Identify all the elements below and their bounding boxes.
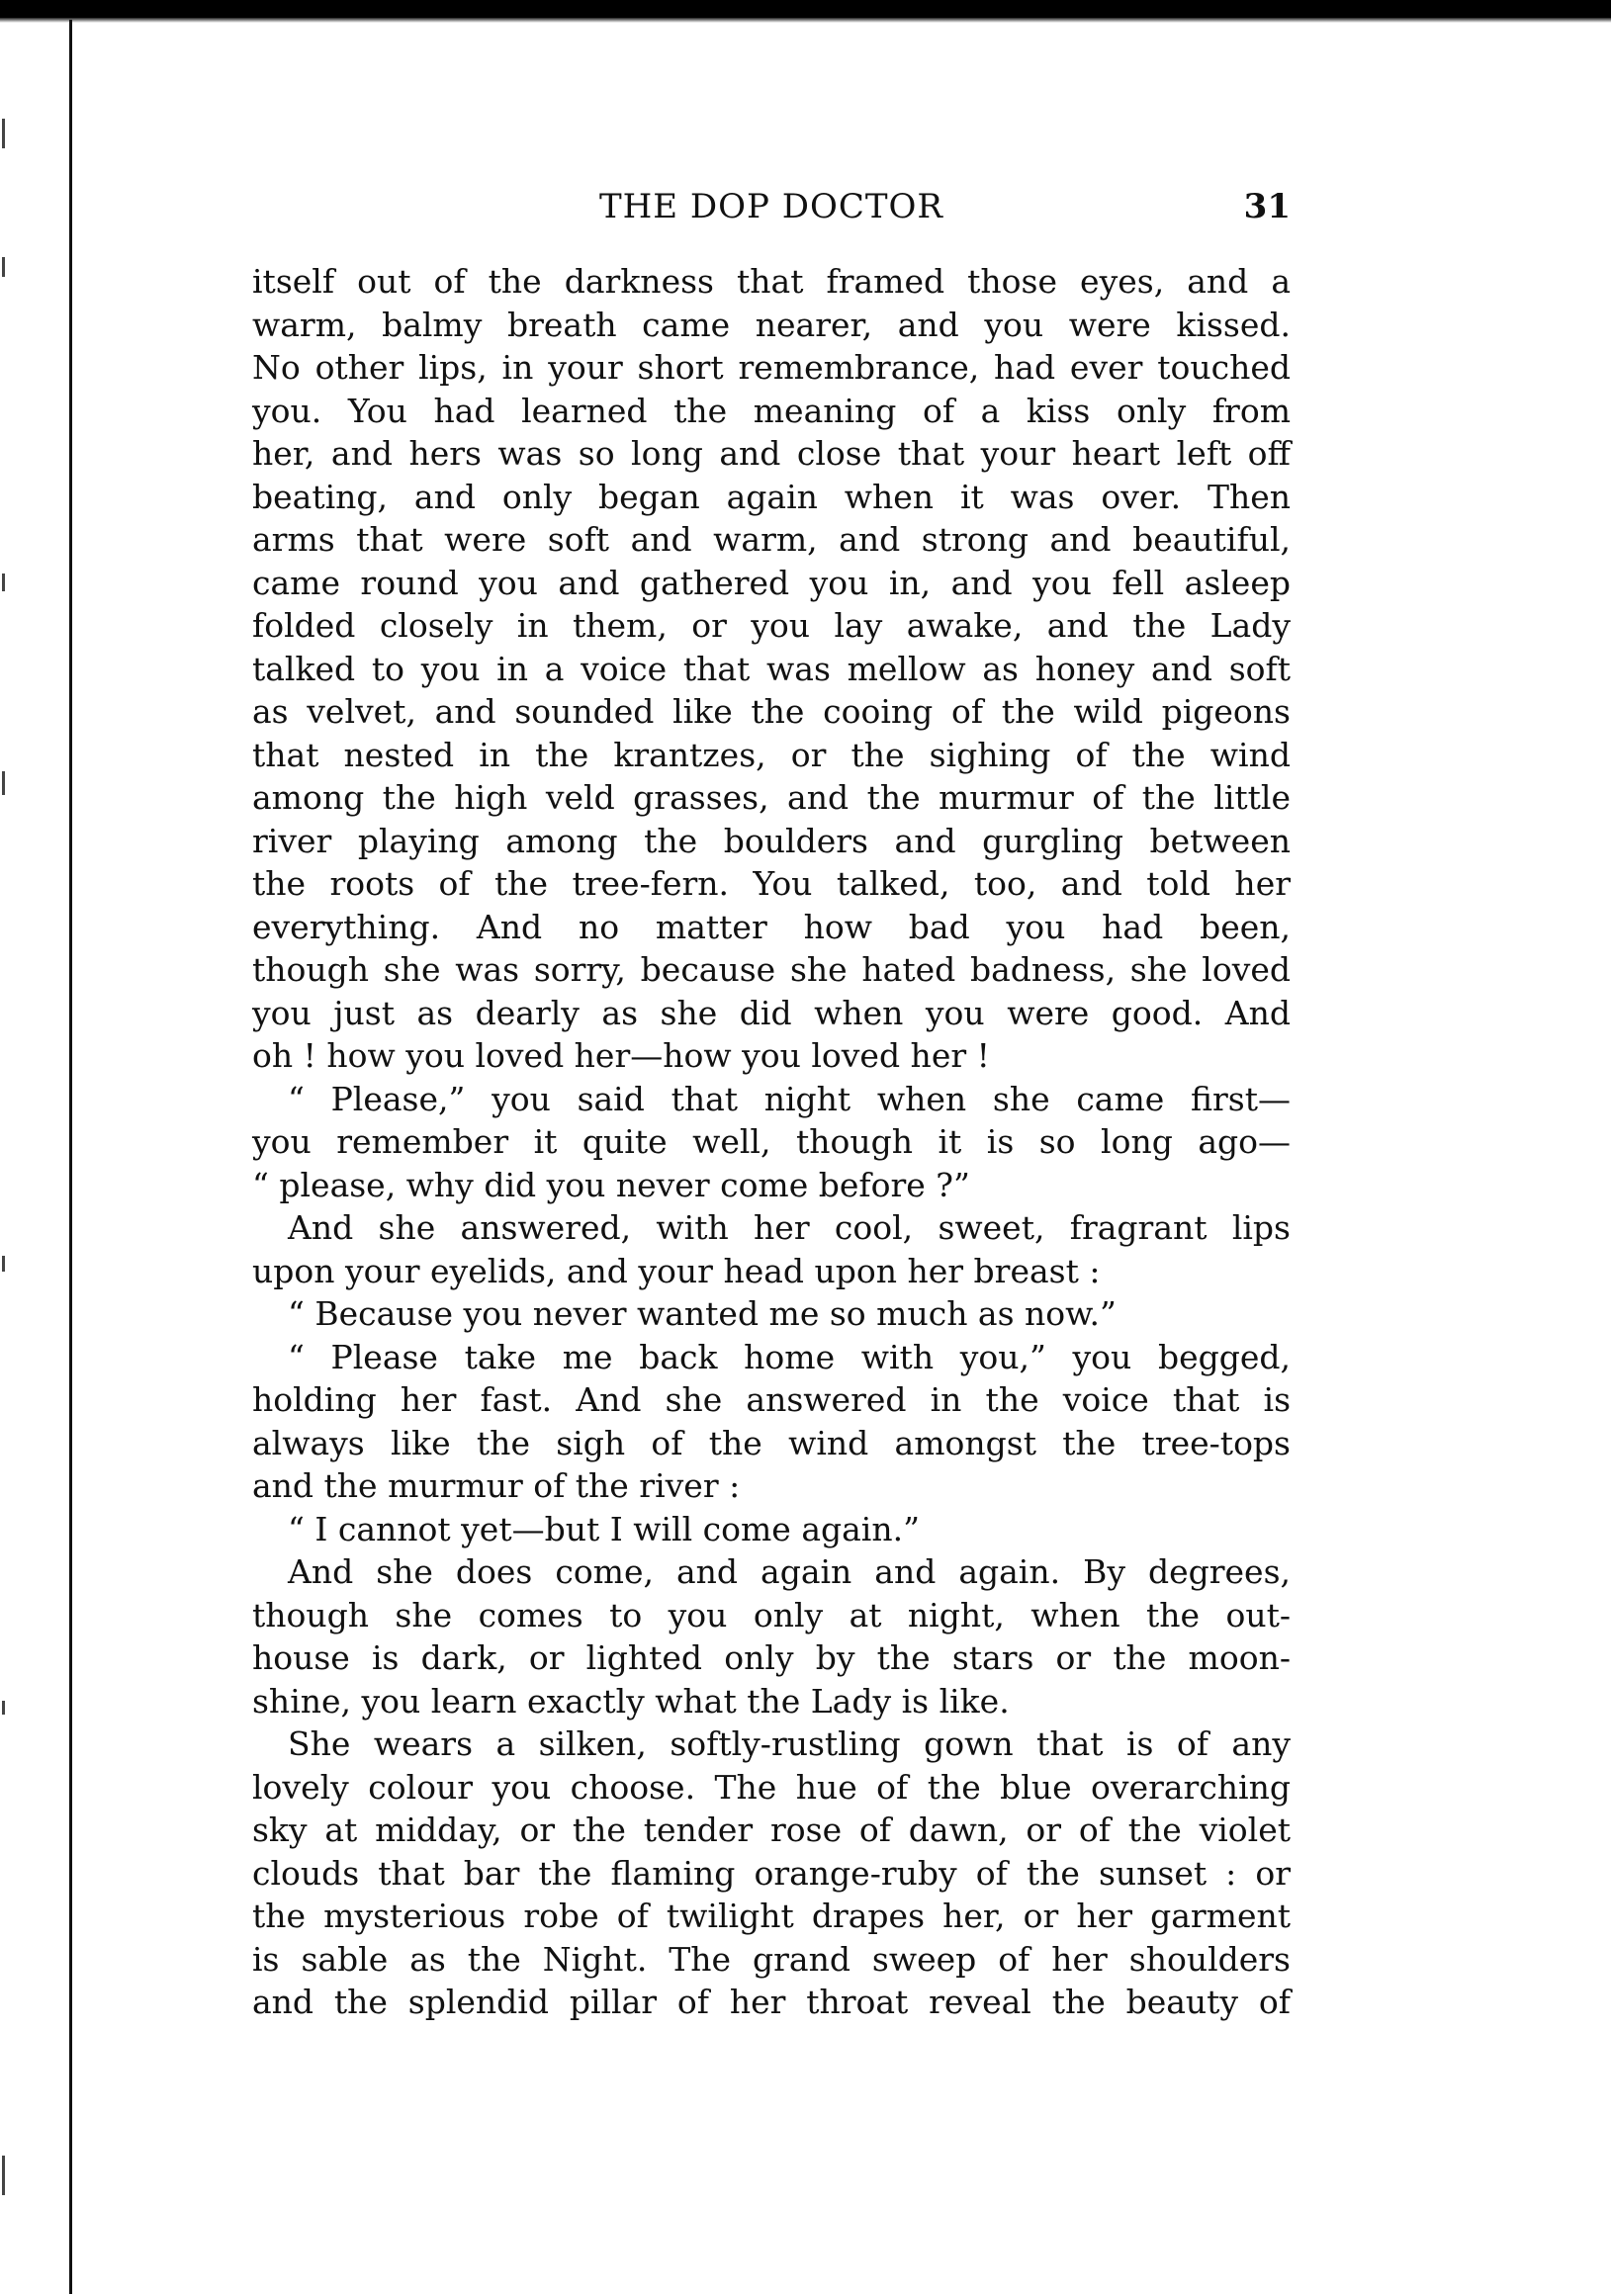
text-line: And she does come, and again and again. …: [252, 1550, 1291, 1594]
text-line: that nested in the krantzes, or the sigh…: [252, 734, 1291, 777]
scan-top-shadow: [0, 18, 1611, 23]
text-line: and the murmur of the river :: [252, 1464, 1291, 1508]
text-line: everything. And no matter how bad you ha…: [252, 906, 1291, 949]
text-line: and the splendid pillar of her throat re…: [252, 1981, 1291, 2024]
text-line: the mysterious robe of twilight drapes h…: [252, 1895, 1291, 1938]
text-line: “ Please,” you said that night when she …: [252, 1078, 1291, 1121]
scan-top-border: [0, 0, 1611, 18]
book-page: THE DOP DOCTOR 31 itself out of the dark…: [252, 183, 1291, 2024]
text-line: itself out of the darkness that framed t…: [252, 260, 1291, 304]
text-line: “ please, why did you never come before …: [252, 1164, 1291, 1207]
text-line: oh ! how you loved her—how you loved her…: [252, 1034, 1291, 1078]
text-line: you. You had learned the meaning of a ki…: [252, 390, 1291, 433]
text-line: upon your eyelids, and your head upon he…: [252, 1250, 1291, 1293]
text-line: house is dark, or lighted only by the st…: [252, 1636, 1291, 1680]
text-line: No other lips, in your short remembrance…: [252, 346, 1291, 390]
text-line: you remember it quite well, though it is…: [252, 1120, 1291, 1164]
text-line: “ Please take me back home with you,” yo…: [252, 1336, 1291, 1379]
page-number: 31: [1244, 187, 1291, 226]
text-line: always like the sigh of the wind amongst…: [252, 1422, 1291, 1465]
text-line: She wears a silken, softly-rustling gown…: [252, 1722, 1291, 1766]
text-line: the roots of the tree-fern. You talked, …: [252, 862, 1291, 906]
text-line: lovely colour you choose. The hue of the…: [252, 1766, 1291, 1810]
text-line: arms that were soft and warm, and strong…: [252, 518, 1291, 562]
text-line: beating, and only began again when it wa…: [252, 476, 1291, 519]
text-line: folded closely in them, or you lay awake…: [252, 604, 1291, 648]
text-line: river playing among the boulders and gur…: [252, 820, 1291, 863]
text-line: came round you and gathered you in, and …: [252, 562, 1291, 605]
text-line: “ Because you never wanted me so much as…: [252, 1292, 1291, 1336]
text-line: And she answered, with her cool, sweet, …: [252, 1206, 1291, 1250]
page-gutter-edge: [69, 20, 72, 2294]
text-line: talked to you in a voice that was mellow…: [252, 648, 1291, 691]
text-line: though she was sorry, because she hated …: [252, 948, 1291, 992]
text-line: you just as dearly as she did when you w…: [252, 992, 1291, 1035]
body-text: itself out of the darkness that framed t…: [252, 260, 1291, 2024]
text-line: sky at midday, or the tender rose of daw…: [252, 1809, 1291, 1852]
text-line: clouds that bar the flaming orange-ruby …: [252, 1852, 1291, 1896]
text-line: shine, you learn exactly what the Lady i…: [252, 1680, 1291, 1723]
running-title: THE DOP DOCTOR: [252, 187, 1291, 226]
text-line: as velvet, and sounded like the cooing o…: [252, 690, 1291, 734]
text-line: is sable as the Night. The grand sweep o…: [252, 1938, 1291, 1982]
text-line: “ I cannot yet—but I will come again.”: [252, 1508, 1291, 1551]
scan-left-marks: [0, 20, 16, 2294]
text-line: holding her fast. And she answered in th…: [252, 1378, 1291, 1422]
running-head: THE DOP DOCTOR 31: [252, 183, 1291, 238]
text-line: among the high veld grasses, and the mur…: [252, 776, 1291, 820]
text-line: warm, balmy breath came nearer, and you …: [252, 304, 1291, 347]
text-line: her, and hers was so long and close that…: [252, 432, 1291, 476]
text-line: though she comes to you only at night, w…: [252, 1594, 1291, 1637]
